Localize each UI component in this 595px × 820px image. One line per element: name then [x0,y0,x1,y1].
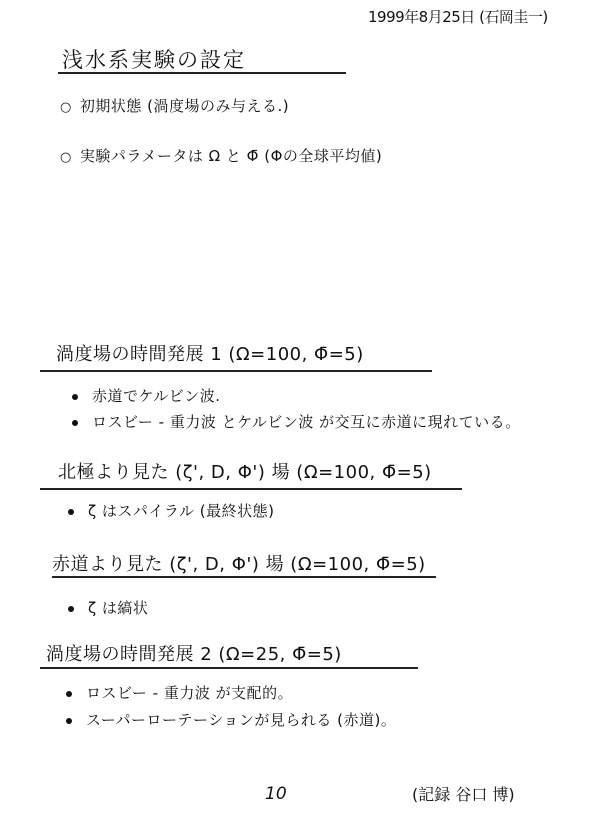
list-item: ロスビー - 重力波 が支配的。 [66,682,293,703]
section-heading: 渦度場の時間発展 1 (Ω=100, Φ̄=5) [56,340,364,366]
list-item: 赤道でケルビン波. [72,385,221,406]
date-author: 1999年8月25日 (石岡圭一) [368,6,548,27]
section-underline [40,370,432,372]
intro-item: ○実験パラメータは Ω と Φ̄ (Φの全球平均値) [60,145,382,166]
intro-item: ○初期状態 (渦度場のみ与える.) [60,95,289,116]
bullet-dot-icon [66,718,72,724]
page-title: 浅水系実験の設定 [62,44,246,74]
section-underline [40,488,462,490]
circle-bullet-icon: ○ [60,100,72,115]
bullet-dot-icon [72,420,78,426]
list-item: ζ はスパイラル (最終状態) [68,500,274,521]
bullet-dot-icon [72,394,78,400]
recorder-note: (記録 谷口 博) [412,782,515,805]
section-heading: 渦度場の時間発展 2 (Ω=25, Φ̄=5) [46,640,342,666]
list-item: ロスビー - 重力波 とケルビン波 が交互に赤道に現れている。 [72,411,521,432]
section-underline [52,576,436,578]
bullet-dot-icon [68,606,74,612]
bullet-dot-icon [66,691,72,697]
section-heading: 北極より見た (ζ', D, Φ') 場 (Ω=100, Φ̄=5) [58,458,432,484]
bullet-dot-icon [68,509,74,515]
section-underline [40,667,418,669]
title-underline [58,72,346,74]
list-item: ζ は縞状 [68,597,148,618]
list-item: スーパーローテーションが見られる (赤道)。 [66,709,396,730]
scanned-note-page: 1999年8月25日 (石岡圭一) 浅水系実験の設定 ○初期状態 (渦度場のみ与… [0,0,595,820]
section-heading: 赤道より見た (ζ', D, Φ') 場 (Ω=100, Φ̄=5) [52,550,426,576]
circle-bullet-icon: ○ [60,150,72,165]
page-number: 10 [265,784,287,804]
